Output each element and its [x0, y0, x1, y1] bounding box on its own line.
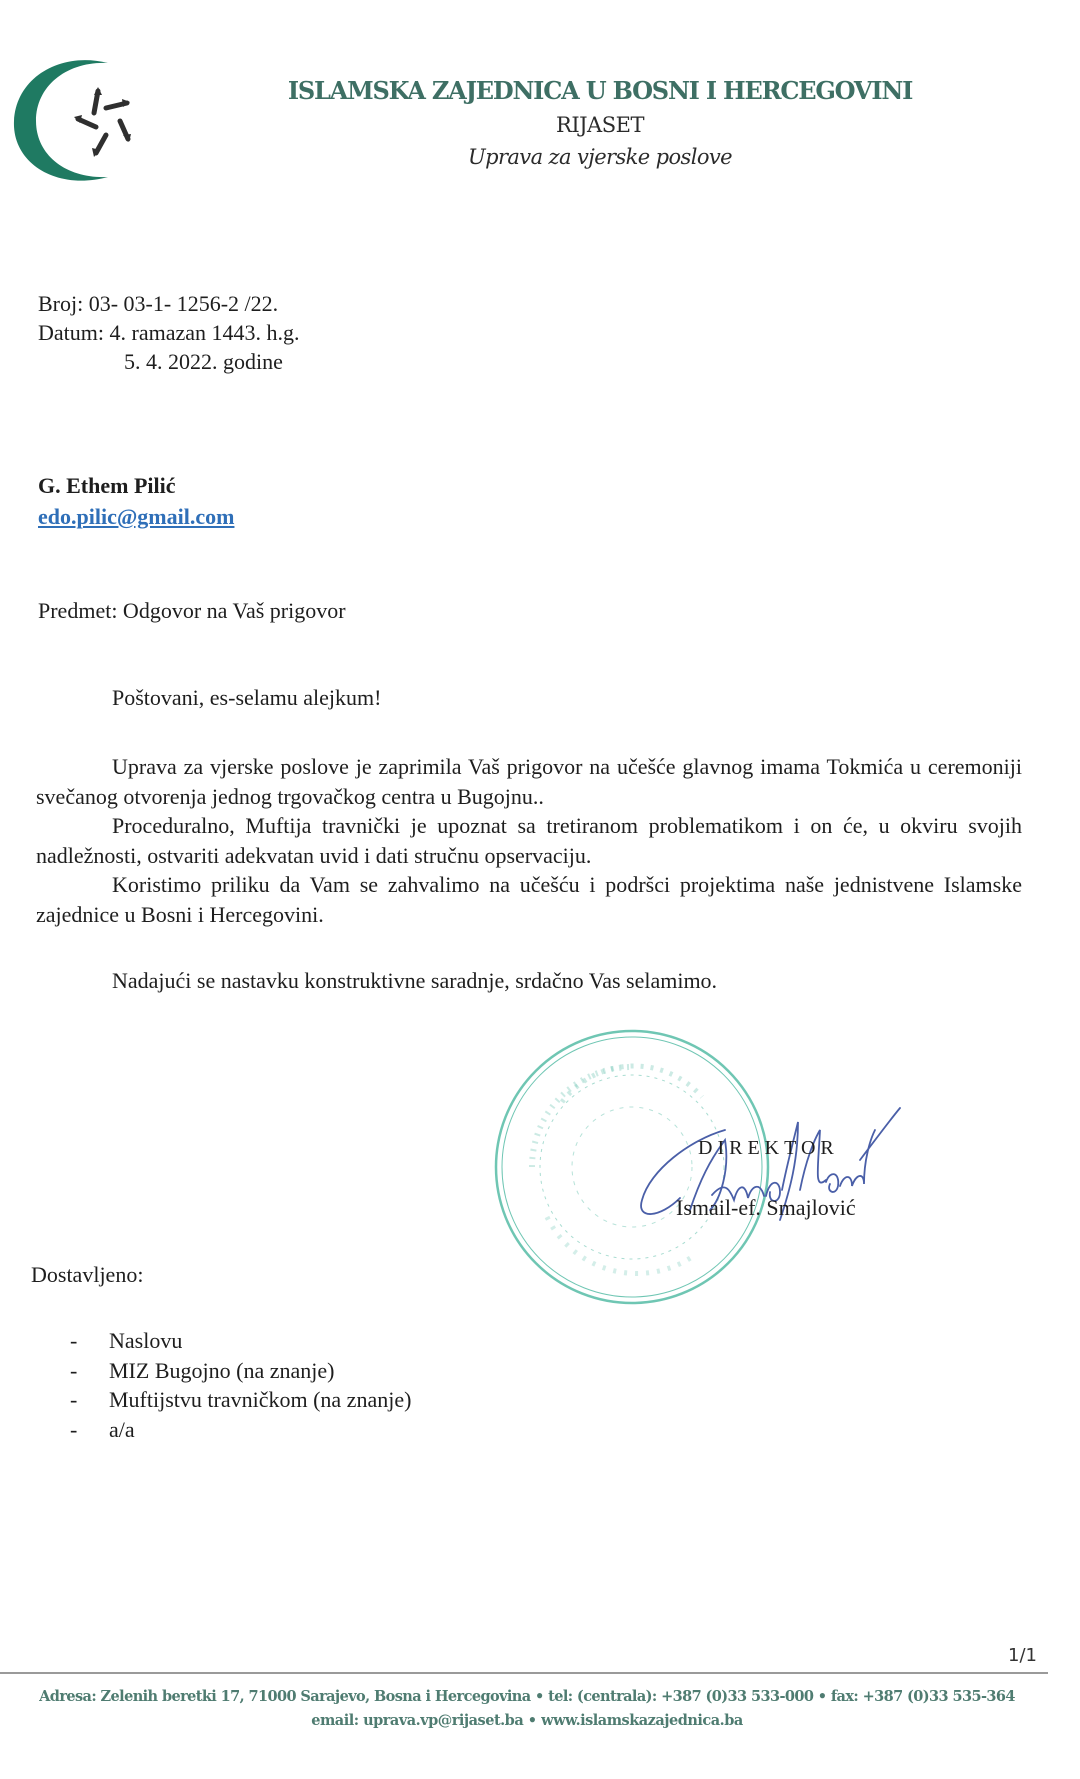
addressee-name: G. Ethem Pilić — [38, 473, 175, 499]
list-item: -a/a — [64, 1415, 411, 1445]
distribution-recipient: MIZ Bugojno (na znanje) — [109, 1358, 334, 1383]
footer-contact: email: uprava.vp@rijaset.ba • www.islams… — [0, 1712, 1054, 1729]
bullet-dash: - — [70, 1326, 77, 1356]
letter-body: Uprava za vjerske poslove je zaprimila V… — [36, 752, 1022, 929]
organization-body: RIJASET — [280, 113, 920, 137]
organization-name: ISLAMSKA ZAJEDNICA U BOSNI I HERCEGOVINI — [280, 76, 920, 105]
list-item: -Muftijstvu travničkom (na znanje) — [64, 1385, 411, 1415]
list-item: -Naslovu — [64, 1326, 411, 1356]
page-number: 1/1 — [1008, 1645, 1037, 1666]
bullet-dash: - — [70, 1356, 77, 1386]
signatory-title: DIREKTOR — [698, 1137, 839, 1160]
reference-date-hijri: Datum: 4. ramazan 1443. h.g. — [38, 318, 300, 347]
reference-date-gregorian: 5. 4. 2022. godine — [124, 347, 283, 376]
bullet-dash: - — [70, 1415, 77, 1445]
distribution-label: Dostavljeno: — [31, 1262, 143, 1288]
distribution-recipient: Naslovu — [109, 1328, 182, 1353]
signatory-name: Ismail-ef. Smajlović — [676, 1195, 856, 1221]
distribution-recipient: a/a — [109, 1417, 135, 1442]
distribution-list: -Naslovu -MIZ Bugojno (na znanje) -Mufti… — [64, 1326, 411, 1444]
footer-divider — [0, 1672, 1048, 1674]
bullet-dash: - — [70, 1385, 77, 1415]
body-paragraph: Uprava za vjerske poslove je zaprimila V… — [36, 752, 1022, 811]
letter-subject: Predmet: Odgovor na Vaš prigovor — [38, 598, 346, 624]
reference-number: Broj: 03- 03-1- 1256-2 /22. — [38, 289, 278, 318]
addressee-email-link[interactable]: edo.pilic@gmail.com — [38, 504, 234, 530]
body-paragraph: Koristimo priliku da Vam se zahvalimo na… — [36, 870, 1022, 929]
footer-address: Adresa: Zelenih beretki 17, 71000 Saraje… — [0, 1688, 1054, 1705]
distribution-recipient: Muftijstvu travničkom (na znanje) — [109, 1387, 411, 1412]
list-item: -MIZ Bugojno (na znanje) — [64, 1356, 411, 1386]
letter-closing: Nadajući se nastavku konstruktivne sarad… — [112, 968, 717, 994]
crescent-and-star-icon — [6, 55, 146, 185]
department-name: Uprava za vjerske poslove — [280, 145, 920, 169]
letter-greeting: Poštovani, es-selamu alejkum! — [112, 685, 381, 711]
body-paragraph: Proceduralno, Muftija travnički je upozn… — [36, 811, 1022, 870]
